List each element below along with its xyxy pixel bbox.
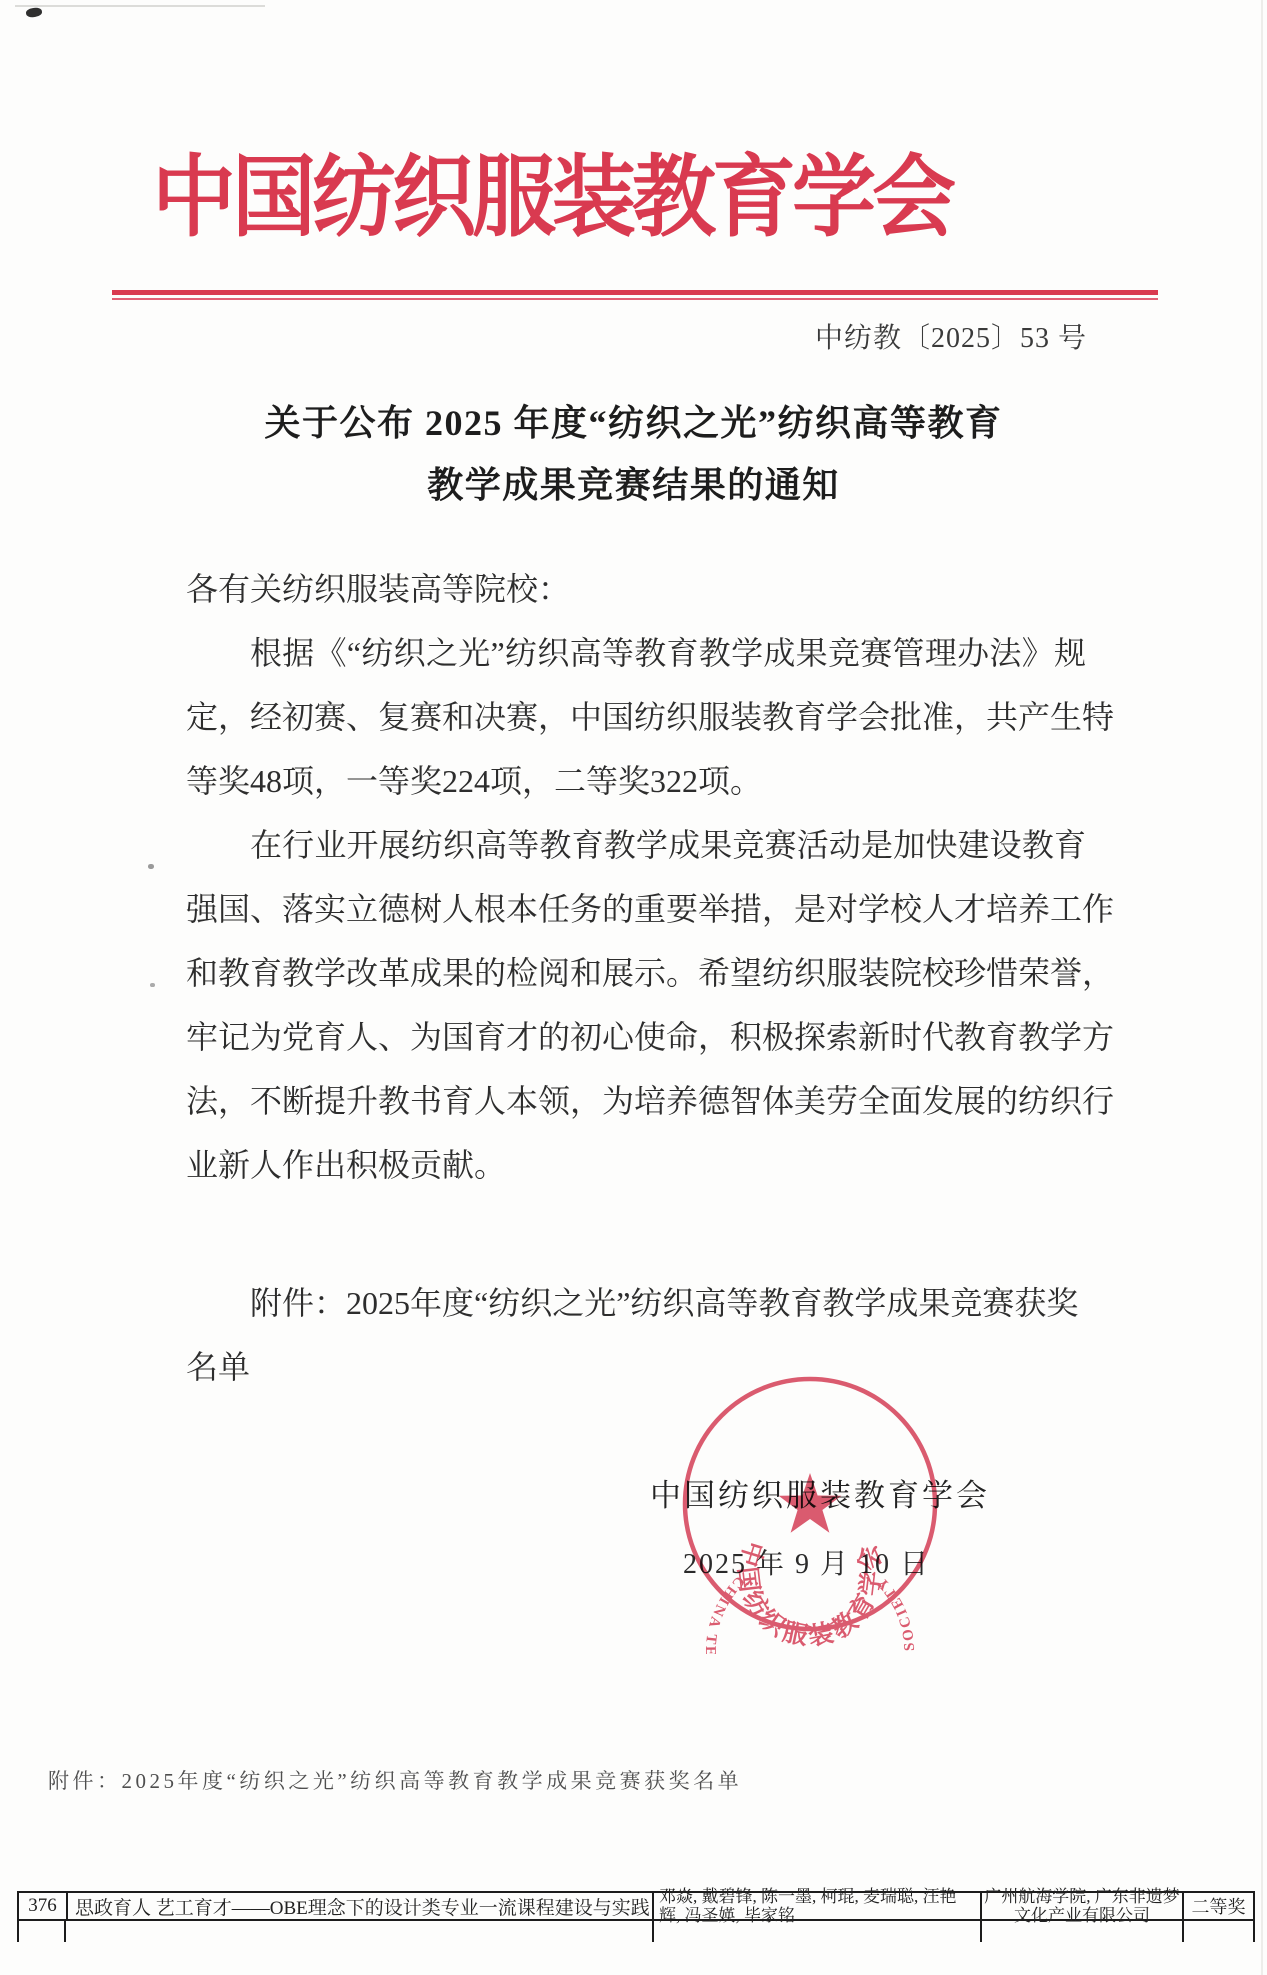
header-divider-thin (112, 298, 1158, 300)
scan-edge (1261, 0, 1263, 1975)
scan-streak (15, 5, 265, 7)
table-cell-award: 二等奖 (1182, 1893, 1253, 1919)
body-line: 定，经初赛、复赛和决赛，中国纺织服装教育学会批准，共产生特 (186, 685, 1086, 749)
body-line: 等奖48项，一等奖224项，二等奖322项。 (186, 749, 1086, 813)
doc-title-line1: 关于公布 2025 年度“纺织之光”纺织高等教育 (0, 392, 1267, 454)
body-line: 附件：2025年度“纺织之光”纺织高等教育教学成果竞赛获奖 (186, 1271, 1086, 1335)
table-line-stub (980, 1921, 982, 1942)
document-page: 中国纺织服装教育学会 中纺教〔2025〕53 号 关于公布 2025 年度“纺织… (0, 0, 1267, 1975)
doc-title-line2: 教学成果竞赛结果的通知 (0, 454, 1267, 516)
table-line-stub (64, 1921, 66, 1942)
star-icon (779, 1473, 842, 1533)
table-line-stub (652, 1921, 654, 1942)
body-line: 和教育教学改革成果的检阅和展示。希望纺织服装院校珍惜荣誉， (186, 941, 1086, 1005)
body-text: 各有关纺织服装高等院校：根据《“纺织之光”纺织高等教育教学成果竞赛管理办法》规定… (186, 557, 1086, 1399)
scan-speck (25, 7, 42, 18)
org-header-title: 中国纺织服装教育学会 (152, 155, 952, 244)
orgs-text: 广州航海学院, 广东非遗梦文化产业有限公司 (982, 1887, 1182, 1925)
doc-title: 关于公布 2025 年度“纺织之光”纺织高等教育 教学成果竞赛结果的通知 (0, 392, 1267, 516)
authors-text: 邓焱, 戴碧锋, 陈一墨, 柯琨, 麦瑞聪, 汪艳辉, 冯圣媖, 毕家铭 (659, 1887, 975, 1925)
table-cell-seq: 376 (19, 1893, 66, 1919)
body-line: 根据《“纺织之光”纺织高等教育教学成果竞赛管理办法》规 (186, 621, 1086, 685)
attachment-caption: 附件：2025年度“纺织之光”纺织高等教育教学成果竞赛获奖名单 (48, 1765, 742, 1795)
official-seal: CHINA TEXTILE AND APPAREL EDUCATION SOCI… (660, 1354, 960, 1654)
seal-chinese-text: 中国纺织服装教育学会 (733, 1538, 887, 1652)
doc-number: 中纺教〔2025〕53 号 (815, 316, 1087, 356)
table-cell-title: 思政育人 艺工育才——OBE理念下的设计类专业一流课程建设与实践 (66, 1893, 652, 1919)
table-cell-authors: 邓焱, 戴碧锋, 陈一墨, 柯琨, 麦瑞聪, 汪艳辉, 冯圣媖, 毕家铭 (652, 1893, 980, 1919)
body-line: 业新人作出积极贡献。 (186, 1133, 1086, 1197)
body-line: 各有关纺织服装高等院校： (186, 557, 1086, 621)
award-table: 376 思政育人 艺工育才——OBE理念下的设计类专业一流课程建设与实践 邓焱,… (17, 1891, 1255, 1921)
body-line: 在行业开展纺织高等教育教学成果竞赛活动是加快建设教育 (186, 813, 1086, 877)
body-line: 法，不断提升教书育人本领，为培养德智体美劳全面发展的纺织行 (186, 1069, 1086, 1133)
body-line: 牢记为党育人、为国育才的初心使命，积极探索新时代教育教学方 (186, 1005, 1086, 1069)
table-cell-orgs: 广州航海学院, 广东非遗梦文化产业有限公司 (980, 1893, 1182, 1919)
body-line (186, 1197, 1086, 1271)
header-divider-thick (112, 290, 1158, 295)
scan-speck (148, 864, 154, 869)
scan-speck (150, 983, 155, 987)
table-line-stub (1253, 1921, 1255, 1942)
table-line-stub (17, 1921, 19, 1942)
body-line: 强国、落实立德树人根本任务的重要举措，是对学校人才培养工作 (186, 877, 1086, 941)
table-line-stub (1182, 1921, 1184, 1942)
